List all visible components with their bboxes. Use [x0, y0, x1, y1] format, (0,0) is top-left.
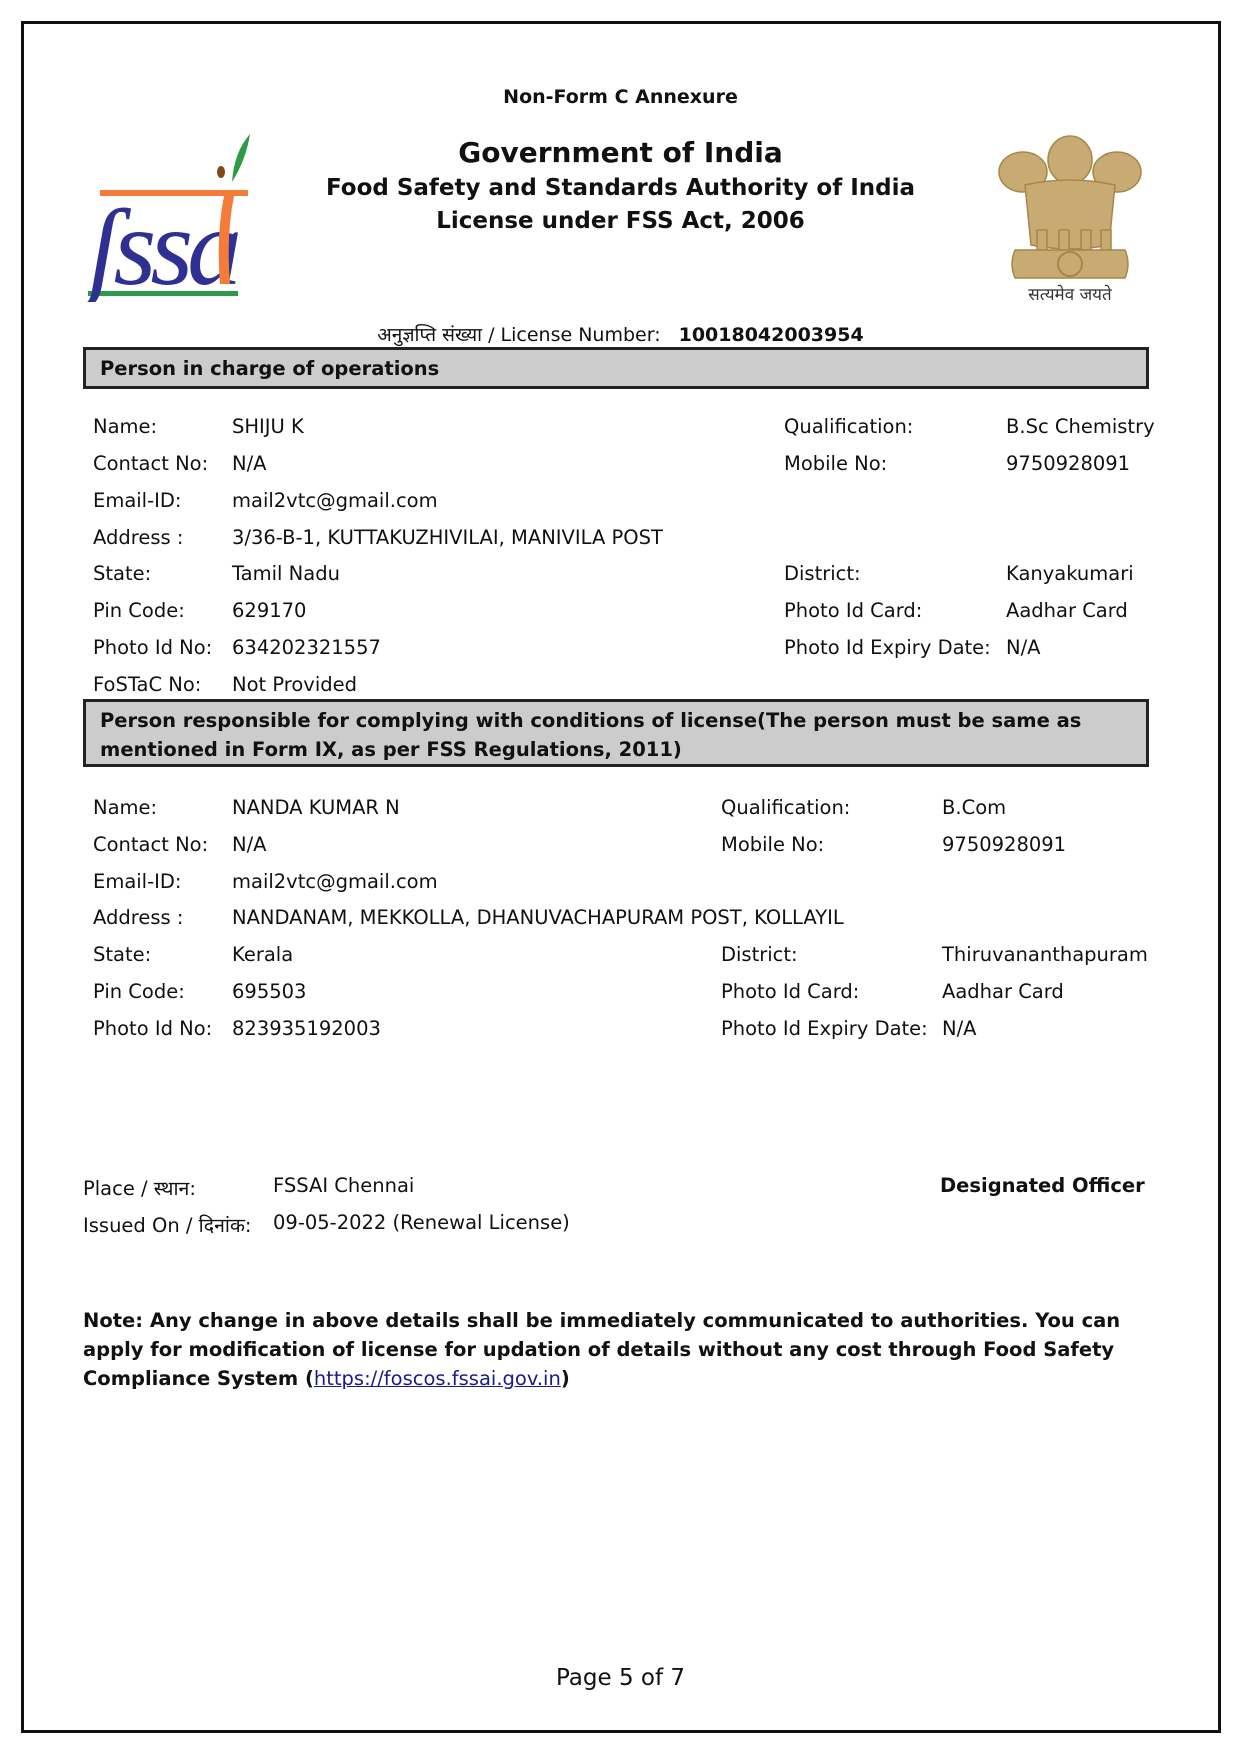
photo-id-no-value: 634202321557 [232, 636, 381, 659]
email-value: mail2vtc@gmail.com [232, 489, 438, 512]
section-header-person-responsible: Person responsible for complying with co… [83, 699, 1149, 767]
state-label: State: [93, 943, 151, 966]
license-number-line: अनुज्ञप्ति संख्या / License Number:10018… [0, 321, 1241, 347]
pin-value: 629170 [232, 599, 306, 622]
page-number: Page 5 of 7 [0, 1665, 1241, 1691]
fostac-label: FoSTaC No: [93, 673, 201, 696]
qualification-label: Qualification: [784, 415, 913, 438]
district-value: Thiruvananthapuram [942, 943, 1148, 966]
fostac-value: Not Provided [232, 673, 357, 696]
note-paragraph: Note: Any change in above details shall … [83, 1306, 1153, 1393]
designated-officer: Designated Officer [940, 1174, 1145, 1197]
mobile-label: Mobile No: [784, 452, 887, 475]
annexure-title: Non-Form C Annexure [0, 86, 1241, 108]
photo-id-no-value: 823935192003 [232, 1017, 381, 1040]
email-label: Email-ID: [93, 489, 181, 512]
contact-value: N/A [232, 833, 267, 856]
qualification-value: B.Sc Chemistry [1006, 415, 1155, 438]
qualification-value: B.Com [942, 796, 1006, 819]
contact-label: Contact No: [93, 833, 208, 856]
email-value: mail2vtc@gmail.com [232, 870, 438, 893]
note-text: Note: Any change in above details shall … [83, 1309, 1120, 1390]
photo-id-card-value: Aadhar Card [1006, 599, 1128, 622]
photo-id-no-label: Photo Id No: [93, 1017, 212, 1040]
mobile-value: 9750928091 [942, 833, 1066, 856]
state-value: Kerala [232, 943, 293, 966]
pin-label: Pin Code: [93, 599, 185, 622]
license-number: 10018042003954 [679, 324, 864, 346]
address-value: 3/36-B-1, KUTTAKUZHIVILAI, MANIVILA POST [232, 526, 663, 549]
issued-value: 09-05-2022 (Renewal License) [273, 1211, 570, 1234]
svg-text:सत्यमेव जयते: सत्यमेव जयते [1028, 284, 1112, 305]
photo-id-expiry-value: N/A [1006, 636, 1041, 659]
fssai-logo-icon: ʃssa [82, 134, 252, 302]
name-value: NANDA KUMAR N [232, 796, 400, 819]
district-label: District: [721, 943, 798, 966]
name-label: Name: [93, 415, 157, 438]
foscos-link[interactable]: https://foscos.fssai.gov.in [314, 1367, 561, 1390]
state-value: Tamil Nadu [232, 562, 340, 585]
address-value: NANDANAM, MEKKOLLA, DHANUVACHAPURAM POST… [232, 906, 844, 929]
photo-id-expiry-label: Photo Id Expiry Date: [784, 636, 991, 659]
place-value: FSSAI Chennai [273, 1174, 414, 1197]
note-close: ) [561, 1367, 570, 1390]
mobile-label: Mobile No: [721, 833, 824, 856]
svg-text:ʃssa: ʃssa [82, 186, 238, 302]
pin-value: 695503 [232, 980, 306, 1003]
email-label: Email-ID: [93, 870, 181, 893]
district-value: Kanyakumari [1006, 562, 1134, 585]
section-header-person-in-charge: Person in charge of operations [83, 347, 1149, 389]
district-label: District: [784, 562, 861, 585]
photo-id-expiry-label: Photo Id Expiry Date: [721, 1017, 928, 1040]
photo-id-expiry-value: N/A [942, 1017, 977, 1040]
address-label: Address : [93, 526, 183, 549]
name-value: SHIJU K [232, 415, 304, 438]
issued-label: Issued On / दिनांक: [83, 1211, 252, 1238]
qualification-label: Qualification: [721, 796, 850, 819]
pin-label: Pin Code: [93, 980, 185, 1003]
photo-id-card-label: Photo Id Card: [721, 980, 859, 1003]
address-label: Address : [93, 906, 183, 929]
state-emblem-icon: सत्यमेव जयते [985, 130, 1155, 305]
contact-label: Contact No: [93, 452, 208, 475]
photo-id-no-label: Photo Id No: [93, 636, 212, 659]
license-label: अनुज्ञप्ति संख्या / License Number: [377, 324, 660, 346]
contact-value: N/A [232, 452, 267, 475]
mobile-value: 9750928091 [1006, 452, 1130, 475]
photo-id-card-value: Aadhar Card [942, 980, 1064, 1003]
photo-id-card-label: Photo Id Card: [784, 599, 922, 622]
place-label: Place / स्थान: [83, 1174, 196, 1201]
state-label: State: [93, 562, 151, 585]
name-label: Name: [93, 796, 157, 819]
